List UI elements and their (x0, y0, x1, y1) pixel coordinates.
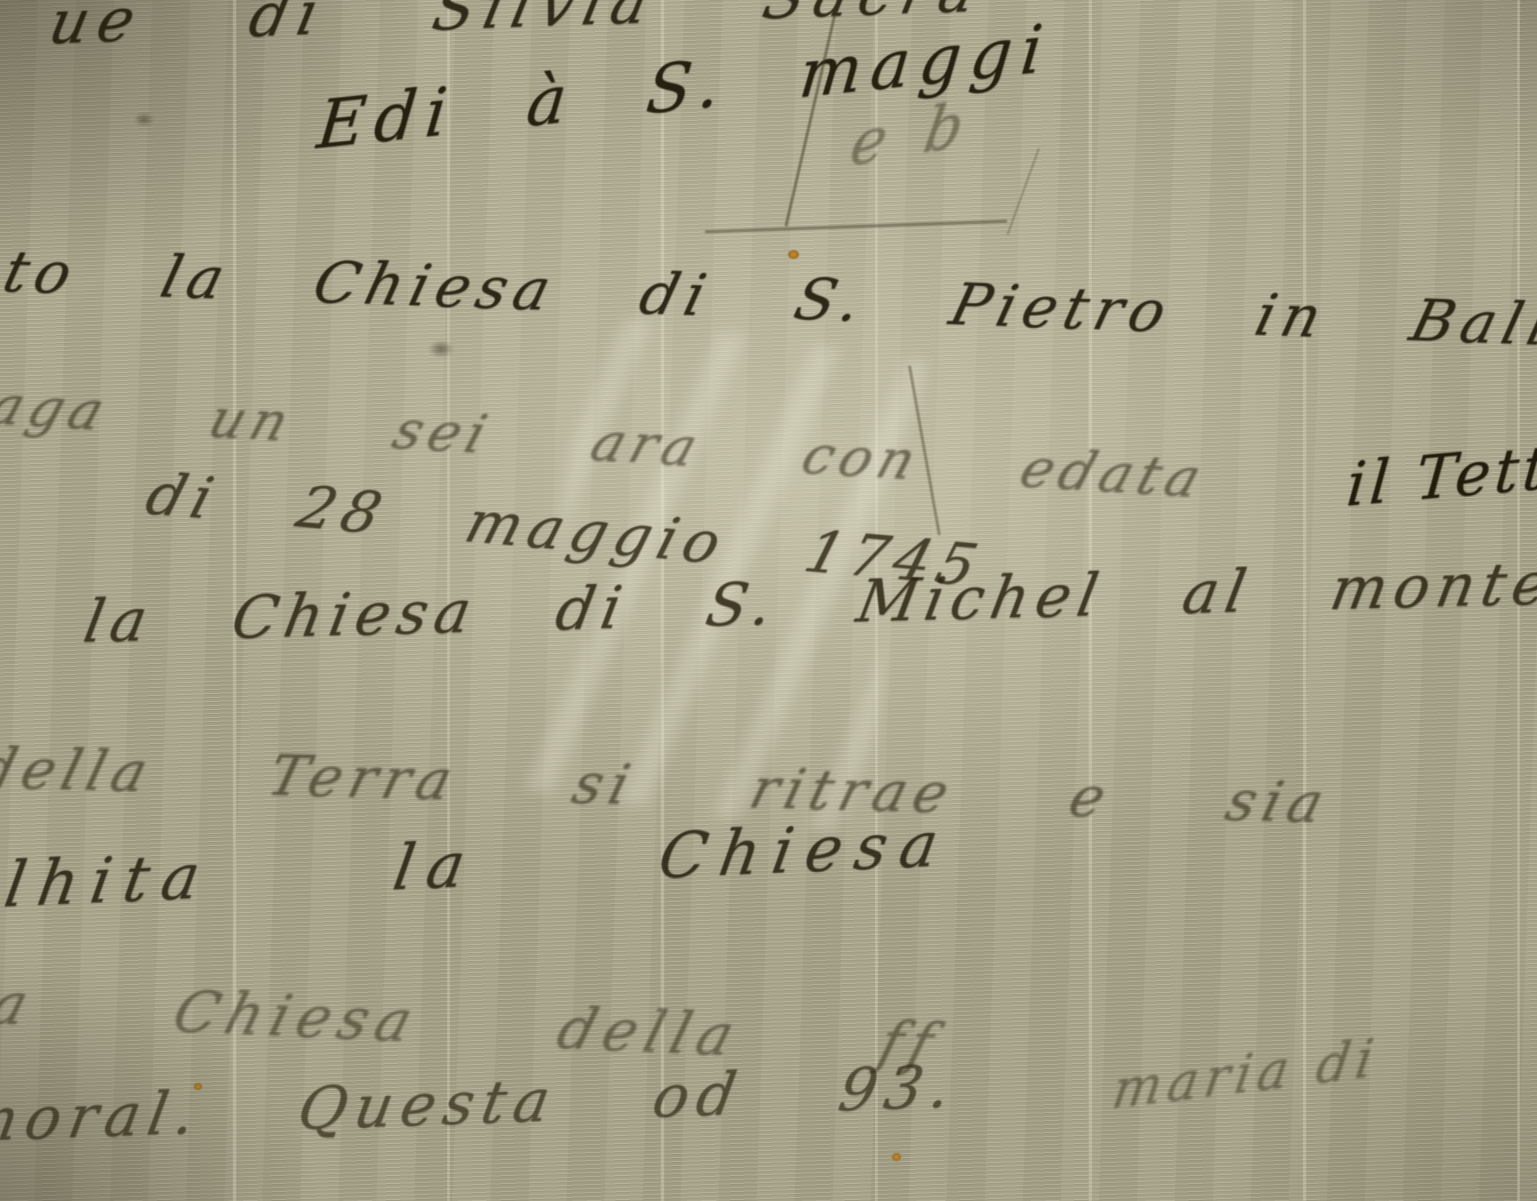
rust-stain (892, 1153, 901, 1161)
manuscript-page: ue di Silvia Sacra Edi à S. maggi e b at… (0, 0, 1537, 1201)
ink-smudge (134, 112, 154, 127)
handwriting-line-10: moral. Questa od 93. (0, 1051, 964, 1155)
handwriting-line-3: ato la Chiesa di S. Pietro in Balla (0, 236, 1537, 360)
handwriting-line-4-end: il Tetto (1344, 429, 1537, 521)
handwriting-line-10-end: maria di (1108, 1027, 1383, 1121)
pen-underline-stroke (705, 220, 1007, 234)
rust-stain (788, 250, 799, 259)
handwriting-line-8: alhita la Chiesa (0, 807, 956, 924)
ink-smudge (428, 340, 454, 358)
pen-flourish-stroke (1007, 148, 1040, 235)
